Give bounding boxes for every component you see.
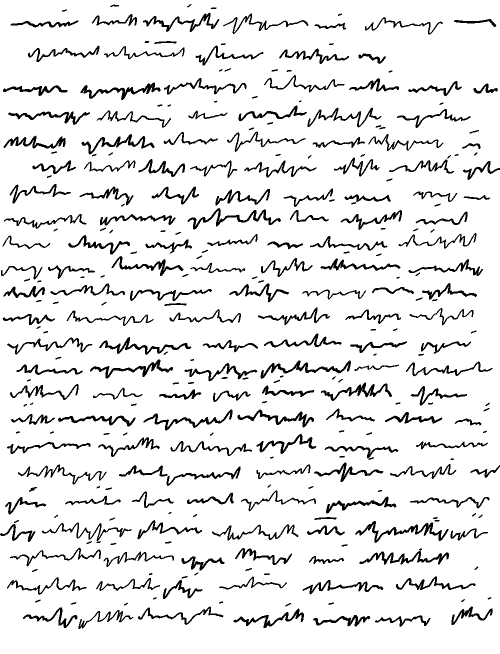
handwriting-stroke [130, 492, 177, 507]
handwriting-stroke [102, 303, 105, 305]
handwriting-line [0, 69, 500, 99]
handwriting-stroke [0, 525, 37, 541]
handwriting-stroke [110, 231, 112, 233]
handwriting-stroke [183, 275, 187, 277]
handwriting-stroke [363, 18, 444, 34]
handwriting-stroke [4, 137, 67, 148]
handwriting-stroke [350, 79, 402, 90]
handwriting-stroke [326, 410, 378, 421]
handwriting-stroke [416, 298, 421, 300]
handwriting-stroke [489, 598, 491, 599]
handwriting-stroke [405, 362, 494, 375]
handwriting-stroke [188, 111, 227, 118]
handwriting-stroke [395, 577, 478, 589]
handwriting-stroke [462, 600, 464, 602]
handwriting-stroke [77, 188, 136, 205]
handwriting-stroke [37, 327, 40, 328]
handwriting-stroke [111, 5, 114, 6]
handwriting-stroke [396, 403, 399, 404]
handwriting-stroke [57, 417, 135, 425]
handwriting-stroke [344, 196, 392, 201]
handwriting-stroke [290, 211, 332, 222]
handwriting-stroke [141, 411, 233, 430]
handwriting-stroke [420, 284, 481, 298]
handwriting-stroke [150, 188, 201, 204]
handwriting-stroke [197, 256, 201, 258]
handwriting-stroke [39, 523, 134, 540]
handwriting-stroke [25, 280, 29, 281]
handwriting-stroke [234, 549, 294, 564]
handwriting-stroke [0, 267, 42, 279]
handwriting-line [8, 402, 492, 429]
handwriting-stroke [470, 132, 472, 133]
handwriting-line [4, 327, 477, 354]
handwriting-stroke [203, 251, 208, 253]
handwriting-line [28, 152, 500, 179]
handwriting-stroke [461, 162, 500, 179]
handwriting-stroke [169, 513, 170, 514]
handwriting-stroke [302, 581, 386, 594]
handwriting-stroke [268, 486, 270, 487]
handwriting-stroke [255, 308, 332, 324]
handwriting-stroke [349, 342, 406, 352]
handwriting-stroke [367, 433, 371, 435]
handwriting-stroke [374, 616, 430, 625]
handwriting-stroke [131, 252, 136, 253]
handwriting-stroke [309, 557, 345, 564]
handwriting-line [3, 567, 482, 598]
handwriting-stroke [195, 573, 197, 574]
handwriting-stroke [178, 557, 226, 569]
handwriting-stroke [159, 391, 201, 399]
handwriting-stroke [484, 432, 486, 433]
handwriting-stroke [453, 20, 498, 26]
handwriting-stroke [56, 358, 60, 359]
handwriting-stroke [51, 432, 53, 433]
handwriting-stroke [309, 487, 312, 488]
handwriting-stroke [312, 464, 386, 481]
handwriting-stroke [475, 153, 477, 155]
handwriting-stroke [267, 243, 303, 249]
handwriting-stroke [31, 488, 36, 489]
handwriting-stroke [187, 494, 236, 504]
handwriting-stroke [431, 230, 433, 232]
handwriting-stroke [210, 525, 303, 540]
handwriting-stroke [65, 311, 156, 325]
handwriting-stroke [84, 161, 137, 171]
handwriting-stroke [389, 160, 458, 172]
handwriting-stroke [4, 287, 46, 297]
handwriting-stroke [262, 76, 348, 92]
handwriting-stroke [16, 365, 84, 374]
handwriting-stroke [353, 522, 451, 542]
handwriting-stroke [469, 464, 500, 476]
handwriting-stroke [132, 405, 136, 406]
handwriting-stroke [440, 103, 442, 104]
handwriting-line [4, 431, 493, 457]
handwriting-stroke [193, 47, 265, 65]
handwriting-stroke [339, 14, 342, 15]
handwriting-stroke [448, 156, 450, 158]
handwriting-stroke [79, 84, 162, 99]
handwriting-line [24, 42, 391, 65]
handwriting-stroke [315, 518, 335, 519]
handwriting-stroke [15, 521, 19, 523]
handwriting-stroke [101, 276, 104, 277]
handwriting-stroke [95, 111, 174, 127]
handwriting-stroke [342, 545, 347, 546]
handwriting-stroke [339, 211, 404, 229]
handwriting-stroke [31, 161, 78, 173]
handwriting-stroke [20, 608, 80, 627]
handwriting-stroke [189, 263, 247, 272]
handwriting-stroke [387, 179, 391, 180]
handwriting-stroke [436, 205, 440, 206]
handwriting-stroke [419, 355, 423, 356]
handwriting-stroke [201, 341, 260, 352]
manuscript-page [0, 0, 500, 654]
handwriting-stroke [122, 204, 124, 205]
handwriting-stroke [124, 434, 127, 435]
handwriting-stroke [165, 467, 241, 484]
handwriting-stroke [168, 442, 255, 456]
handwriting-line [6, 176, 499, 206]
handwriting-stroke [44, 332, 47, 333]
handwriting-line [1, 298, 480, 325]
handwriting-stroke [1, 315, 56, 324]
handwriting-stroke [154, 598, 156, 599]
handwriting-stroke [278, 50, 351, 63]
handwriting-stroke [268, 123, 272, 124]
handwriting-stroke [340, 431, 344, 432]
handwriting-stroke [187, 161, 240, 177]
handwriting-stroke [464, 196, 491, 199]
handwriting-stroke [144, 240, 194, 249]
handwriting-stroke [473, 514, 475, 516]
handwriting-stroke [31, 404, 33, 405]
handwriting-stroke [215, 190, 271, 205]
handwriting-stroke [168, 310, 243, 322]
handwriting-stroke [414, 229, 417, 231]
handwriting-stroke [320, 259, 402, 269]
handwriting-stroke [416, 213, 469, 225]
handwriting-stroke [377, 126, 381, 127]
handwriting-stroke [106, 488, 111, 489]
handwriting-stroke [92, 15, 140, 25]
handwriting-stroke [356, 54, 385, 62]
handwriting-stroke [24, 405, 26, 406]
handwriting-stroke [360, 552, 450, 564]
handwriting-stroke [110, 518, 114, 519]
handwriting-line [8, 5, 500, 34]
handwriting-line [20, 598, 498, 628]
handwriting-stroke [310, 237, 391, 250]
handwriting-stroke [93, 155, 96, 156]
handwriting-stroke [5, 113, 89, 124]
handwriting-stroke [66, 497, 122, 505]
handwriting-stroke [78, 611, 136, 629]
handwriting-stroke [36, 600, 40, 601]
handwriting-stroke [312, 616, 370, 625]
handwriting-stroke [407, 82, 463, 95]
handwriting-stroke [101, 229, 105, 231]
handwriting-stroke [162, 581, 205, 598]
handwriting-stroke [2, 215, 90, 228]
handwriting-stroke [355, 365, 398, 370]
handwriting-stroke [416, 442, 488, 448]
handwriting-stroke [78, 135, 158, 153]
handwriting-stroke [259, 281, 263, 282]
handwriting-stroke [8, 385, 80, 399]
handwriting-svg [0, 0, 500, 654]
handwriting-stroke [281, 189, 333, 206]
handwriting-stroke [472, 331, 476, 332]
handwriting-stroke [234, 411, 317, 426]
handwriting-stroke [155, 42, 175, 43]
handwriting-stroke [386, 413, 444, 423]
handwriting-stroke [55, 516, 57, 518]
handwriting-stroke [5, 578, 90, 594]
handwriting-stroke [254, 465, 312, 478]
handwriting-stroke [463, 144, 481, 148]
handwriting-stroke [120, 466, 171, 475]
handwriting-stroke [263, 402, 266, 403]
handwriting-stroke [301, 290, 366, 299]
handwriting-stroke [314, 24, 347, 29]
handwriting-stroke [102, 552, 177, 566]
handwriting-stroke [93, 388, 145, 398]
handwriting-stroke [473, 131, 478, 132]
handwriting-line [3, 486, 495, 514]
handwriting-stroke [411, 192, 457, 201]
handwriting-stroke [223, 132, 307, 151]
handwriting-stroke [475, 567, 477, 569]
handwriting-stroke [109, 153, 112, 155]
handwriting-stroke [238, 107, 308, 121]
handwriting-stroke [406, 309, 475, 325]
handwriting-stroke [96, 579, 162, 591]
handwriting-stroke [7, 548, 103, 565]
handwriting-stroke [243, 161, 319, 176]
handwriting-stroke [28, 380, 30, 381]
handwriting-stroke [2, 86, 68, 95]
handwriting-stroke [433, 300, 436, 301]
handwriting-stroke [329, 603, 333, 604]
handwriting-stroke [98, 338, 194, 353]
handwriting-stroke [345, 310, 404, 323]
handwriting-line [14, 352, 499, 380]
handwriting-stroke [104, 434, 108, 435]
handwriting-stroke [260, 362, 352, 378]
handwriting-stroke [253, 277, 257, 278]
handwriting-stroke [225, 69, 230, 71]
handwriting-stroke [307, 108, 384, 126]
handwriting-line [0, 513, 495, 542]
handwriting-stroke [487, 404, 490, 406]
handwriting-stroke [312, 138, 366, 147]
handwriting-stroke [332, 158, 382, 175]
handwriting-stroke [11, 21, 77, 26]
handwriting-stroke [249, 128, 253, 129]
handwriting-stroke [140, 14, 221, 31]
handwriting-stroke [136, 607, 226, 623]
handwriting-stroke [188, 5, 191, 7]
handwriting-stroke [166, 542, 171, 543]
handwriting-stroke [87, 542, 91, 543]
handwriting-stroke [189, 383, 193, 384]
handwriting-stroke [264, 335, 344, 347]
handwriting-stroke [99, 215, 176, 224]
handwriting-stroke [369, 458, 373, 459]
handwriting-stroke [54, 229, 57, 230]
handwriting-stroke [38, 281, 40, 282]
handwriting-stroke [479, 516, 481, 518]
handwriting-stroke [5, 443, 91, 453]
handwriting-stroke [455, 420, 483, 425]
handwriting-stroke [377, 254, 381, 255]
handwriting-stroke [220, 70, 222, 71]
handwriting-stroke [54, 303, 58, 304]
handwriting-stroke [2, 236, 53, 248]
handwriting-stroke [103, 47, 186, 59]
handwriting-stroke [253, 97, 257, 98]
handwriting-stroke [4, 338, 94, 353]
handwriting-stroke [344, 252, 349, 253]
handwriting-stroke [272, 70, 277, 71]
handwriting-line [2, 274, 485, 302]
handwriting-stroke [137, 521, 205, 538]
handwriting-stroke [473, 85, 499, 93]
handwriting-stroke [26, 47, 100, 62]
handwriting-stroke [276, 155, 280, 156]
handwriting-stroke [95, 438, 163, 456]
handwriting-stroke [174, 383, 179, 384]
handwriting-stroke [37, 301, 41, 302]
handwriting-stroke [30, 490, 34, 491]
handwriting-line [1, 200, 474, 229]
handwriting-stroke [163, 133, 220, 145]
handwriting-stroke [394, 329, 397, 330]
handwriting-stroke [194, 515, 196, 516]
handwriting-line [0, 229, 480, 254]
handwriting-stroke [309, 156, 311, 158]
handwriting-stroke [409, 498, 490, 508]
handwriting-stroke [88, 361, 175, 378]
handwriting-stroke [48, 176, 51, 177]
handwriting-stroke [14, 465, 109, 484]
handwriting-stroke [183, 577, 187, 578]
handwriting-stroke [286, 604, 290, 606]
handwriting-stroke [361, 155, 364, 156]
handwriting-stroke [389, 465, 458, 479]
handwriting-stroke [450, 607, 494, 624]
handwriting-stroke [137, 160, 188, 176]
handwriting-line [6, 376, 474, 404]
handwriting-stroke [319, 384, 396, 400]
handwriting-stroke [408, 387, 470, 405]
handwriting-stroke [379, 491, 381, 492]
handwriting-stroke [219, 577, 288, 588]
handwriting-stroke [33, 570, 37, 572]
handwriting-stroke [63, 10, 66, 11]
handwriting-stroke [262, 387, 315, 396]
handwriting-stroke [333, 377, 335, 379]
handwriting-stroke [171, 251, 174, 253]
handwriting-stroke [484, 409, 488, 411]
handwriting-stroke [165, 304, 185, 305]
handwriting-stroke [185, 209, 284, 228]
handwriting-stroke [330, 200, 334, 201]
handwriting-stroke [50, 284, 128, 294]
handwriting-stroke [339, 380, 342, 382]
handwriting-stroke [255, 435, 320, 453]
handwriting-stroke [238, 491, 321, 510]
handwriting-stroke [366, 135, 446, 151]
handwriting-stroke [398, 234, 478, 248]
handwriting-stroke [125, 604, 127, 605]
handwriting-stroke [72, 603, 76, 604]
handwriting-line [6, 542, 455, 570]
handwriting-stroke [416, 274, 419, 276]
handwriting-stroke [326, 498, 399, 513]
handwriting-stroke [65, 236, 132, 253]
handwriting-stroke [420, 342, 470, 351]
handwriting-stroke [109, 257, 187, 275]
handwriting-stroke [10, 415, 55, 424]
handwriting-stroke [394, 110, 473, 127]
handwriting-stroke [128, 290, 211, 300]
handwriting-line [0, 251, 490, 279]
handwriting-stroke [211, 391, 251, 401]
handwriting-stroke [449, 529, 489, 540]
handwriting-stroke [176, 233, 180, 235]
handwriting-stroke [211, 434, 213, 436]
handwriting-stroke [227, 284, 291, 301]
handwriting-stroke [258, 259, 315, 277]
handwriting-stroke [275, 381, 280, 383]
handwriting-stroke [380, 128, 384, 129]
handwriting-stroke [232, 610, 306, 627]
handwriting-stroke [7, 185, 73, 203]
handwriting-stroke [45, 266, 97, 278]
handwriting-stroke [221, 14, 312, 33]
handwriting-stroke [97, 487, 99, 488]
handwriting-stroke [307, 526, 346, 534]
handwriting-stroke [244, 378, 248, 379]
handwriting-stroke [352, 203, 355, 204]
handwriting-stroke [52, 152, 56, 153]
handwriting-stroke [389, 71, 391, 72]
handwriting-stroke [246, 569, 251, 570]
handwriting-stroke [373, 288, 416, 293]
handwriting-line [13, 457, 500, 485]
handwriting-stroke [207, 235, 258, 245]
handwriting-stroke [3, 498, 48, 513]
handwriting-stroke [163, 79, 250, 94]
handwriting-stroke [111, 544, 115, 545]
handwriting-stroke [322, 447, 399, 458]
handwriting-stroke [165, 352, 167, 354]
handwriting-line [4, 97, 478, 127]
